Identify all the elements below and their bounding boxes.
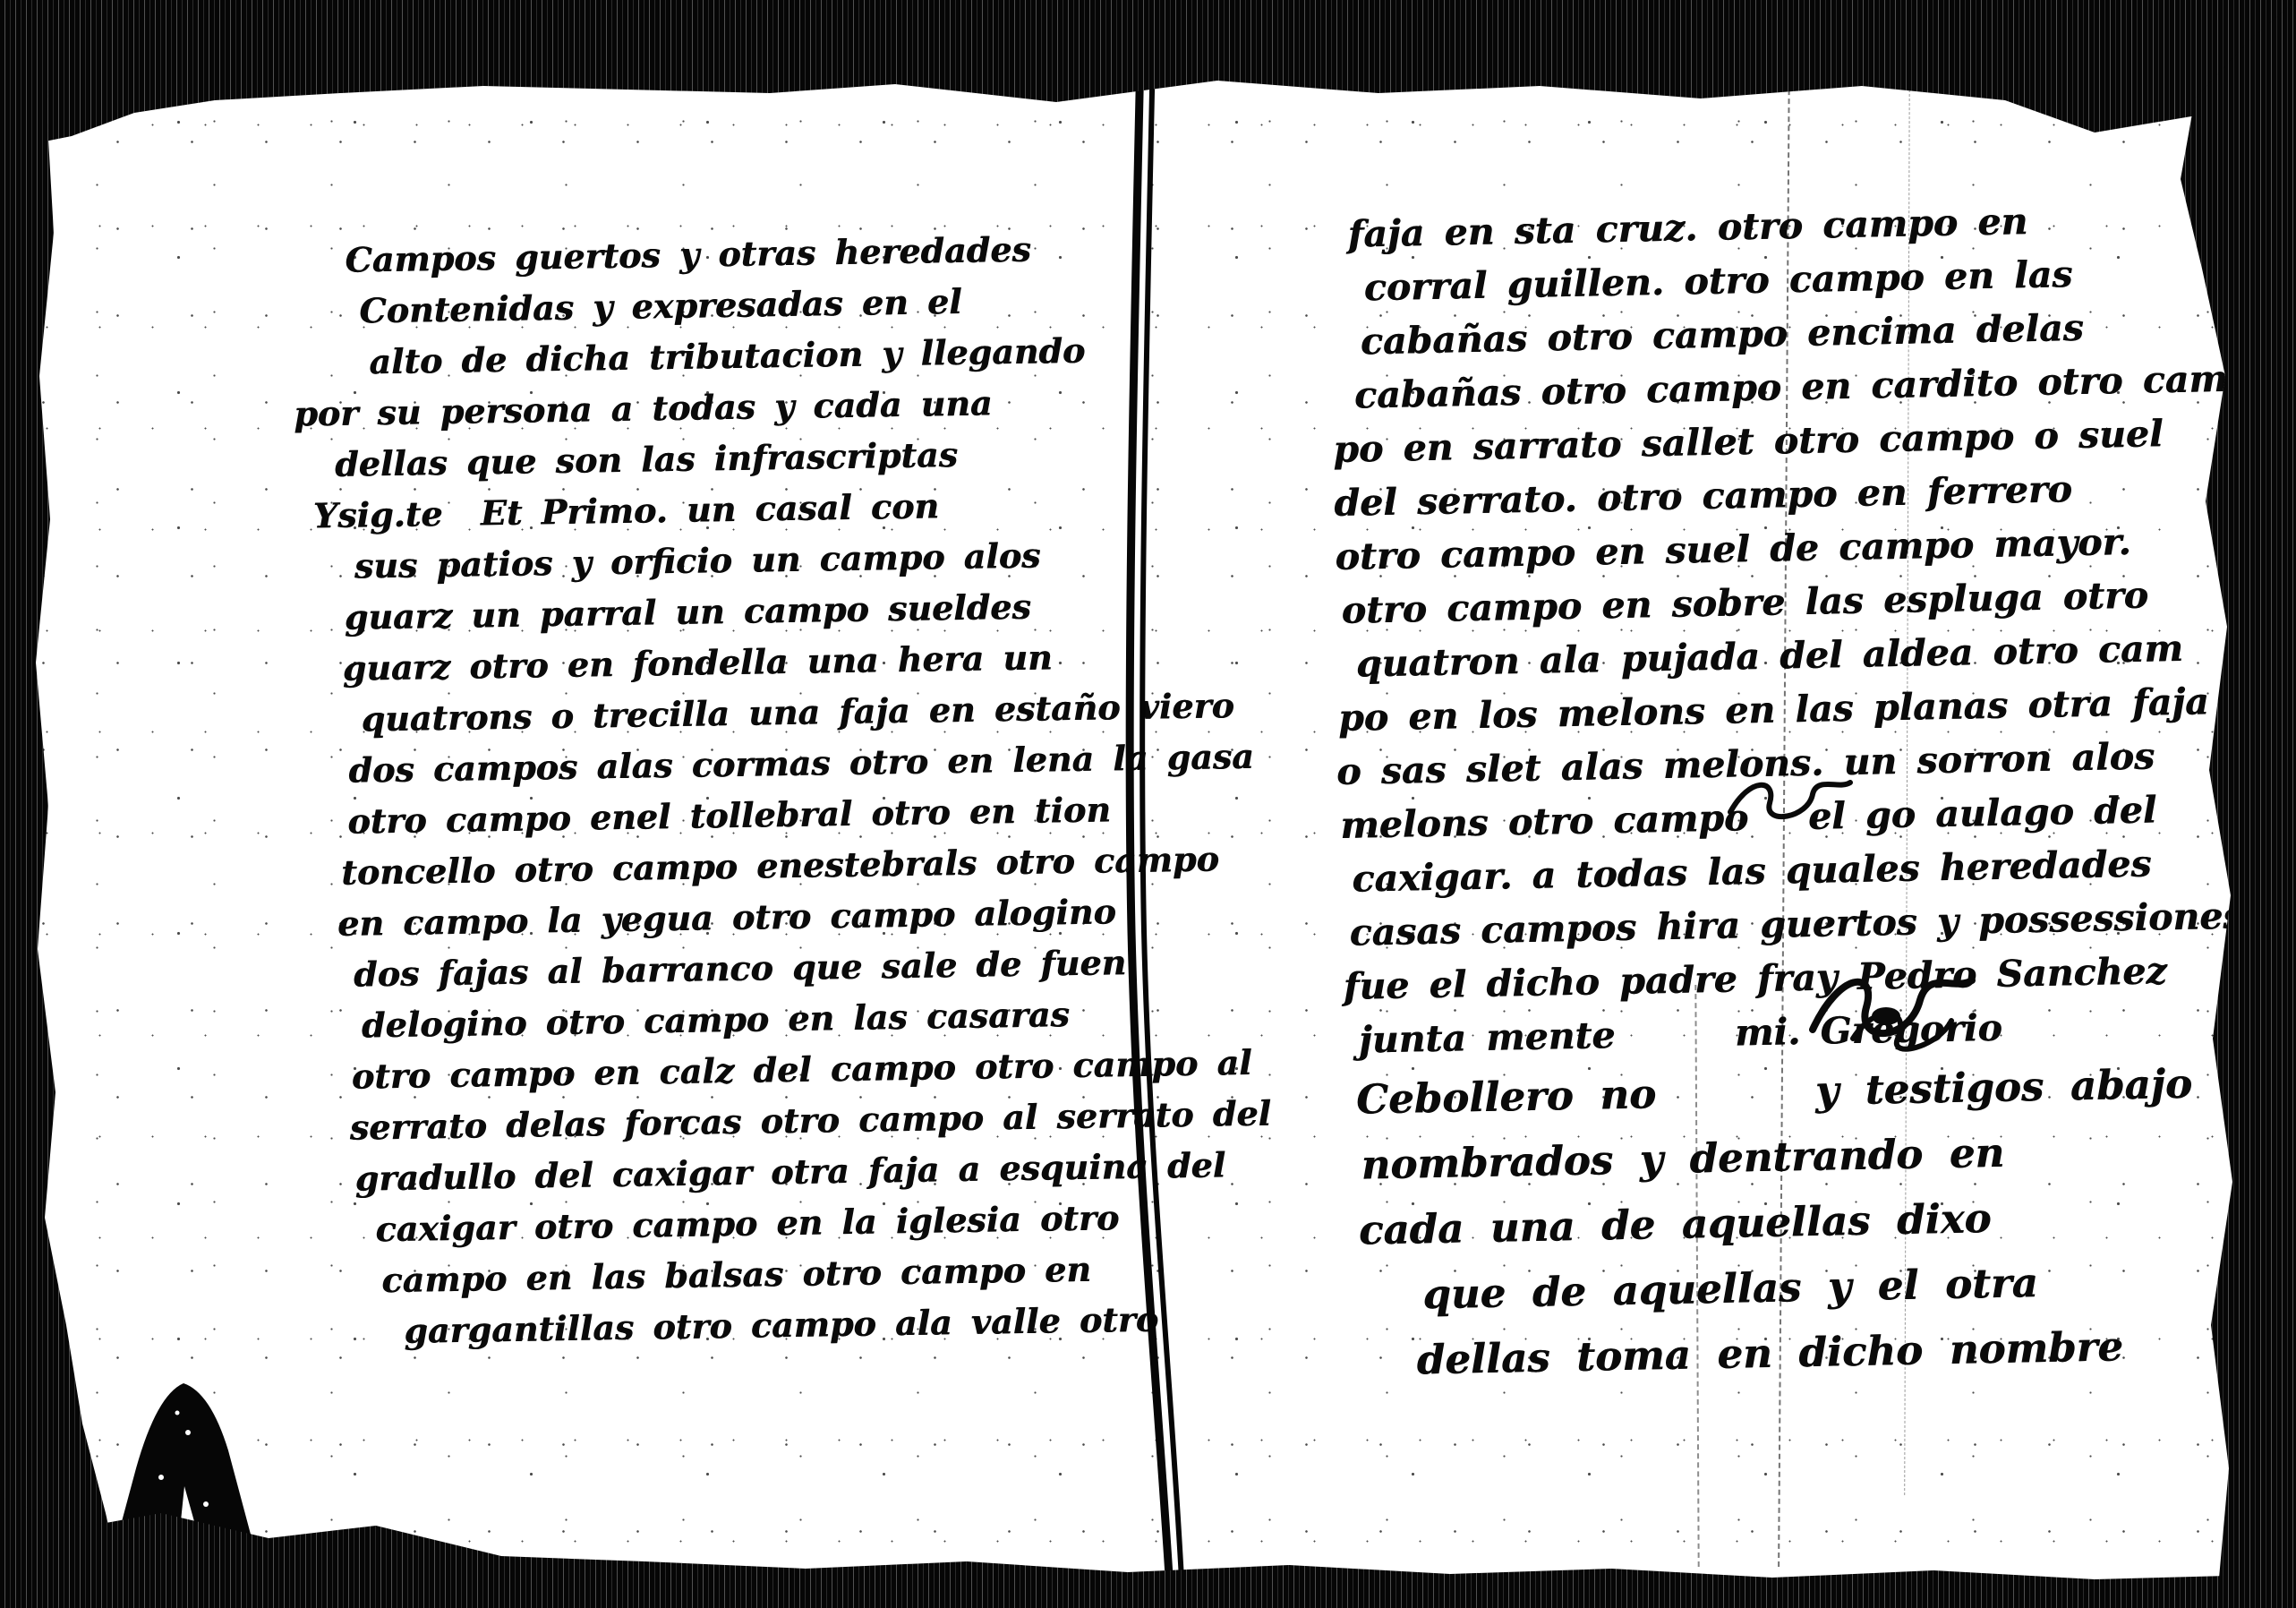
left-page-text: Campos guertos y otras heredadesContenid… [331, 221, 1208, 1357]
ink-scribble [1723, 763, 1857, 834]
book-gutter-binding [1101, 36, 1217, 1594]
ink-scribble [1804, 954, 1992, 1070]
scanned-manuscript-spread: 62 Campos guertos y otras heredadesConte… [0, 0, 2296, 1608]
